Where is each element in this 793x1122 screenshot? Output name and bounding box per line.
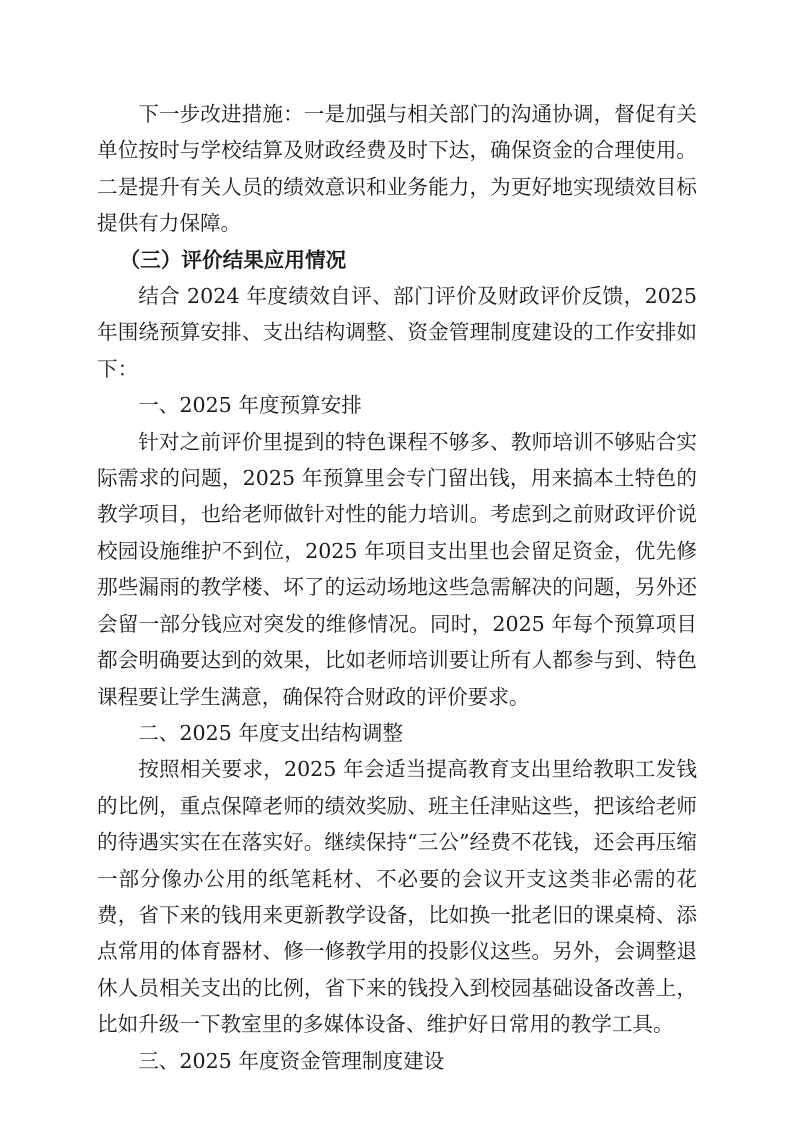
section-heading-evaluation-results: （三）评价结果应用情况: [97, 242, 697, 278]
paragraph-budget-arrangement: 针对之前评价里提到的特色课程不够多、教师培训不够贴合实际需求的问题，2025 年…: [97, 424, 697, 715]
subheading-budget-arrangement: 一、2025 年度预算安排: [97, 387, 697, 423]
paragraph-improvement-measures: 下一步改进措施：一是加强与相关部门的沟通协调，督促有关单位按时与学校结算及财政经…: [97, 96, 697, 242]
document-page: 下一步改进措施：一是加强与相关部门的沟通协调，督促有关单位按时与学校结算及财政经…: [97, 96, 697, 1079]
subheading-expenditure-adjustment: 二、2025 年度支出结构调整: [97, 715, 697, 751]
paragraph-intro-2025-plan: 结合 2024 年度绩效自评、部门评价及财政评价反馈，2025 年围绕预算安排、…: [97, 278, 697, 387]
subheading-fund-management: 三、2025 年度资金管理制度建设: [97, 1043, 697, 1079]
paragraph-expenditure-adjustment: 按照相关要求，2025 年会适当提高教育支出里给教职工发钱的比例，重点保障老师的…: [97, 751, 697, 1042]
